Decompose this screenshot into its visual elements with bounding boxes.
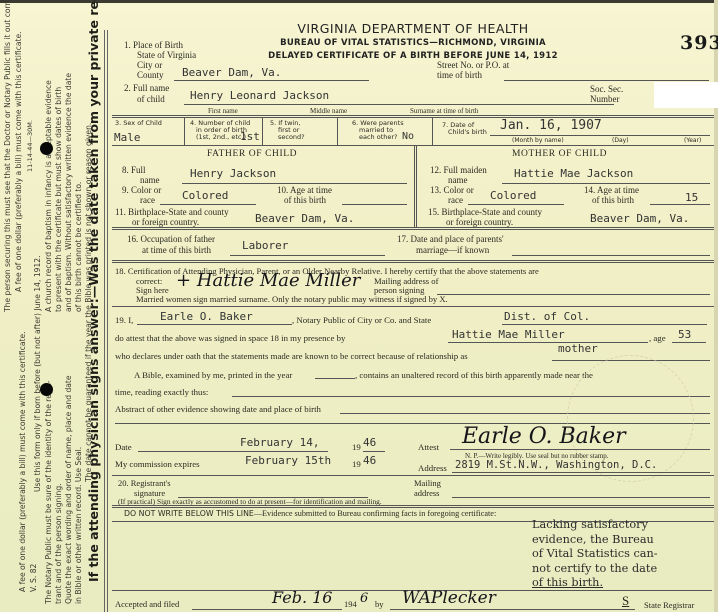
birth-date-value: Jan. 16, 1907 (500, 118, 602, 133)
accepted-date-value: Feb. 16 (272, 588, 332, 607)
instr-line-2: A fee of one dollar (preferably a bill) … (14, 31, 25, 292)
mother-name-value: Hattie Mae Jackson (514, 167, 633, 180)
accepted-year-prefix: 194 (344, 599, 357, 609)
bible-text-2: , contains an unaltered record of this b… (355, 370, 593, 380)
sex-value: Male (114, 131, 141, 144)
divider (112, 260, 714, 263)
signer-age-line (672, 342, 706, 343)
reading-text: time, reading exactly thus: (115, 387, 208, 397)
city-label: City or (137, 60, 162, 70)
field-7-label-b: Child's birth (448, 129, 487, 136)
oath-text: who declares under oath that the stateme… (115, 351, 468, 361)
mother-section-title: MOTHER OF CHILD (512, 149, 607, 159)
field-12-label: 12. Full maiden (430, 165, 487, 175)
ssn-label: Soc. Sec. (590, 84, 623, 94)
field-2-label: 2. Full name (124, 83, 169, 93)
instr-line-4b: trant and of the person signing. (54, 483, 65, 604)
field-14-label: 14. Age at time (584, 185, 639, 195)
parent-divider (414, 145, 417, 227)
certificate-number: 393 (680, 32, 718, 54)
mother-age-line (650, 204, 710, 205)
accepted-date-line (192, 609, 342, 610)
state-registrar-label: State Registrar (644, 600, 694, 610)
field-13-sublabel: race (448, 195, 463, 205)
married-value: No (402, 131, 414, 142)
instr-line-5b: to present with the certificate but must… (54, 87, 65, 312)
street-label: Street No. or P.O. at (437, 60, 509, 70)
attest-label: Attest (418, 442, 439, 452)
city-value: Beaver Dam, Va. (182, 66, 281, 79)
instr-line-6b: and of baptism. Without satisfactory wri… (64, 73, 75, 312)
field-9-sublabel: race (140, 195, 155, 205)
instr-line-7a: in Bible or other written record. Use Se… (74, 447, 85, 604)
sub-day: (Day) (612, 137, 629, 144)
registrar-line (390, 609, 635, 610)
bible-year-line (315, 378, 355, 379)
print-code: 11-14-44—30M. (25, 120, 36, 172)
marriage-line (512, 255, 710, 256)
dept-title: VIRGINIA DEPARTMENT OF HEALTH (112, 21, 714, 36)
field-12-sublabel: name (448, 175, 468, 185)
jurisdiction-value: Dist. of Col. (504, 310, 590, 323)
instr-line-6a: Quote the exact wording and order of nam… (64, 375, 75, 604)
registrant-mailing-label: Mailing (414, 478, 441, 488)
mother-race-line (468, 204, 564, 205)
field-14-sublabel: of this birth (592, 195, 634, 205)
child-name-value: Henry Leonard Jackson (190, 89, 329, 102)
ssn-label-2: Number (590, 94, 620, 104)
abstract-text: Abstract of other evidence showing date … (115, 404, 321, 414)
father-name-line (182, 183, 407, 184)
field-9-label: 9. Color or (122, 185, 161, 195)
father-birthplace-value: Beaver Dam, Va. (255, 212, 354, 225)
city-label-2: County (137, 70, 164, 80)
father-race-value: Colored (182, 189, 228, 202)
col-divider (262, 118, 263, 145)
form-id: V. S. 82 (29, 564, 40, 592)
field-2-sublabel: of child (137, 94, 165, 104)
attest-line (450, 449, 710, 450)
mother-race-value: Colored (490, 189, 536, 202)
physician-question: If the attending physician signs answer:… (89, 0, 101, 582)
field-10-sublabel: of this birth (284, 195, 326, 205)
stamp-line: of this birth. (532, 576, 682, 591)
registrar-signature: WAPlecker (402, 588, 496, 608)
divider (112, 145, 714, 146)
age-label: , age (649, 333, 666, 343)
field-11-sublabel: or foreign country. (132, 217, 199, 227)
registrant-address-label: address (414, 488, 440, 498)
date-year-prefix: 19 (352, 442, 361, 452)
field-1-sublabel: State of Virginia (137, 50, 196, 60)
occupation-line (230, 255, 385, 256)
instr-line-1: The person securing this must see that t… (3, 0, 14, 312)
notary-public-text: , Notary Public of City or Co. and State (292, 315, 431, 325)
occupation-value: Laborer (242, 239, 288, 252)
punch-hole-bottom (40, 383, 53, 396)
sub-month: (Month by name) (512, 137, 564, 144)
registrar-initial: S (622, 596, 629, 606)
accepted-year-value: 6 (360, 591, 368, 606)
commission-value: February 15th (245, 454, 331, 467)
relationship-value: mother (558, 342, 598, 355)
field-20-label: 20. Registrant's (118, 478, 171, 488)
mother-birthplace-value: Beaver Dam, Va. (590, 212, 689, 225)
stamp-line: of Vital Statistics can- (532, 547, 682, 562)
birth-date-line (490, 135, 710, 136)
street-line (504, 80, 709, 81)
date-line (138, 451, 328, 452)
field-17-label: 17. Date and place of parents' (397, 234, 504, 244)
do-not-write-notice: DO NOT WRITE BELOW THIS LINE—Evidence su… (124, 509, 496, 519)
bible-text: A Bible, examined by me, printed in the … (134, 370, 292, 380)
date-year-value: 46 (363, 436, 376, 449)
bureau-stamp: Lacking satisfactory evidence, the Burea… (532, 518, 682, 591)
address-label: Address (418, 463, 447, 473)
jurisdiction-line (502, 324, 707, 325)
accepted-filed-label: Accepted and filed (115, 599, 179, 609)
street-label-2: time of birth (437, 70, 482, 80)
field-10-label: 10. Age at time (277, 185, 332, 195)
col-divider (337, 118, 338, 145)
bureau-subtitle: BUREAU OF VITAL STATISTICS—RICHMOND, VIR… (112, 38, 714, 48)
strip-divider-2 (107, 30, 108, 612)
address-line (452, 472, 710, 473)
by-label: by (375, 599, 384, 609)
field-4-label-c: (1st, 2nd., etc.) (196, 134, 246, 141)
birth-order-value: 1st (240, 130, 260, 143)
strip-divider-1 (104, 30, 105, 612)
child-name-line (184, 104, 614, 105)
col-divider (184, 118, 185, 145)
notary-name-value: Earle O. Baker (160, 310, 253, 323)
notary-name-line (137, 324, 292, 325)
attest-text: do attest that the above was signed in s… (115, 333, 345, 343)
field-3-label: 3. Sex of Child (115, 120, 162, 127)
father-race-line (160, 204, 256, 205)
sub-year: (Year) (684, 137, 701, 144)
field-8-label: 8. Full (122, 165, 146, 175)
commission-year-value: 46 (363, 454, 376, 467)
field-15-sublabel: or foreign country. (446, 217, 513, 227)
field-16-label: 16. Occupation of father (127, 234, 215, 244)
informant-signature: + Hattie Mae Miller (176, 270, 360, 291)
stamp-line: evidence, the Bureau (532, 533, 682, 548)
certificate-page: The person securing this must see that t… (0, 0, 718, 612)
signer-age-value: 53 (678, 328, 691, 341)
ssn-redacted (654, 82, 718, 108)
field-8-sublabel: name (140, 175, 160, 185)
instr-line-3: Use this form only if born before (but n… (33, 255, 44, 492)
form-name: DELAYED CERTIFICATE OF A BIRTH BEFORE JU… (112, 51, 714, 61)
commission-label: My commission expires (115, 459, 200, 469)
registrant-mailing-line (452, 497, 710, 498)
date-value: February 14, (240, 436, 319, 449)
punch-hole-top (40, 142, 53, 155)
field-19-prefix: 19. I, (115, 315, 133, 325)
signer-value: Hattie Mae Miller (452, 328, 565, 341)
divider (112, 475, 714, 476)
side-instructions: The person securing this must see that t… (0, 0, 104, 612)
instr-line-7b: of this birth cannot be certified to. (74, 182, 85, 312)
divider (112, 227, 714, 230)
stamp-line: not certify to the date (532, 562, 682, 577)
field-16-sublabel: at time of this birth (142, 245, 211, 255)
field-15-label: 15. Birthplace-State and county (428, 207, 542, 217)
commission-year-prefix: 19 (352, 459, 361, 469)
instr-line-4a: The Notary Public must be sure of the id… (44, 380, 55, 604)
instr-line-2: A fee of one dollar (preferably a bill) … (18, 331, 29, 592)
stamp-line: Lacking satisfactory (532, 518, 682, 533)
divider (112, 306, 714, 307)
instr-line-5a: A church record of baptism in infancy is… (44, 80, 55, 312)
certificate-form: VIRGINIA DEPARTMENT OF HEALTH BUREAU OF … (112, 0, 714, 612)
field-6-label-c: each other? (359, 134, 398, 141)
field-5-label-c: second? (278, 134, 305, 141)
divider (112, 115, 714, 118)
mother-name-line (502, 183, 710, 184)
divider (112, 505, 714, 508)
notary-address-value: 2819 M.St.N.W., Washington, D.C. (455, 459, 657, 471)
date-year-line (363, 451, 385, 452)
mailing-line (437, 294, 710, 295)
father-name-value: Henry Jackson (190, 167, 276, 180)
date-label: Date (115, 442, 132, 452)
father-section-title: FATHER OF CHILD (207, 149, 297, 159)
notary-signature: Earle O. Baker (462, 424, 626, 449)
married-women-note: Married women sign married surname. Only… (136, 294, 448, 304)
col-divider (432, 118, 433, 145)
field-1-label: 1. Place of Birth (124, 40, 183, 50)
father-age-line (342, 204, 407, 205)
mother-age-value: 15 (685, 191, 698, 204)
field-11-label: 11. Birthplace-State and county (115, 207, 229, 217)
field-17-sublabel: marriage—if known (416, 245, 489, 255)
field-13-label: 13. Color or (430, 185, 474, 195)
signer-line (448, 342, 648, 343)
city-line (174, 80, 369, 81)
